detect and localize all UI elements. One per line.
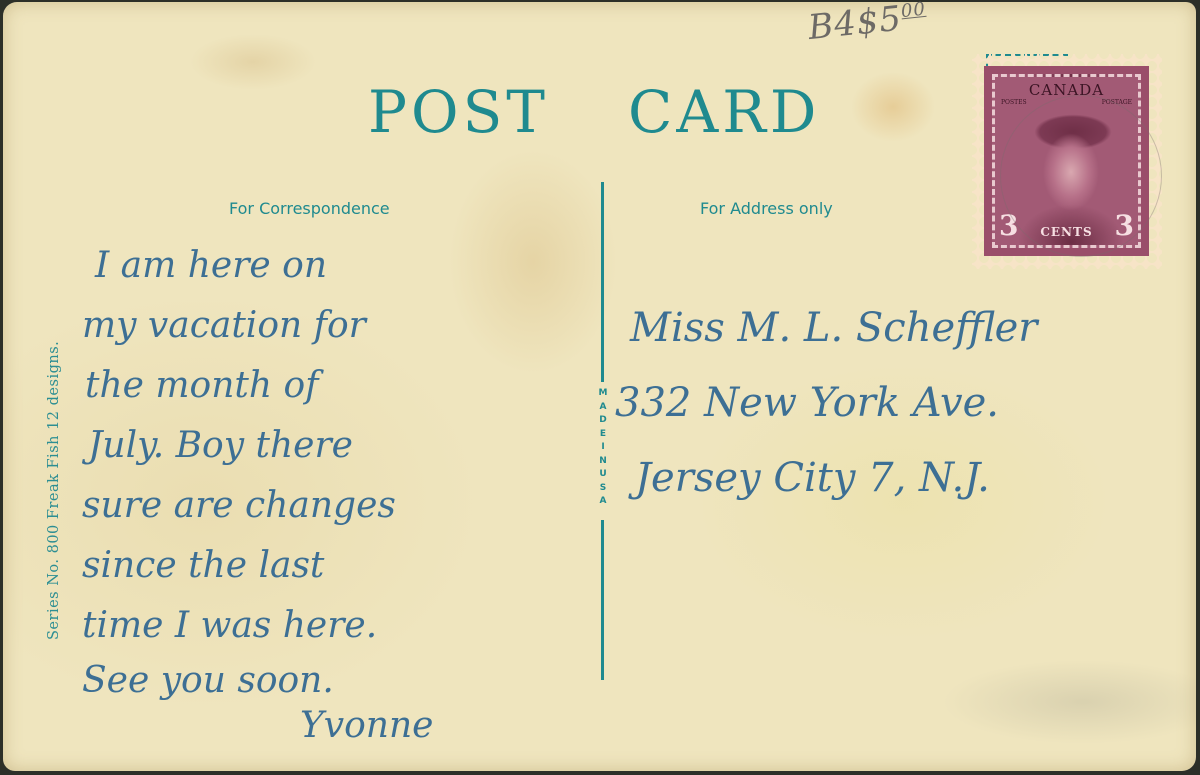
correspondence-label: For Correspondence bbox=[229, 199, 390, 218]
address-label: For Address only bbox=[700, 199, 833, 218]
divider-bottom bbox=[601, 520, 604, 680]
made-letter: S bbox=[595, 482, 611, 496]
made-letter: A bbox=[595, 401, 611, 415]
message-line: sure are changes bbox=[82, 485, 396, 526]
message-line: the month of bbox=[85, 365, 319, 406]
made-letter: I bbox=[595, 441, 611, 455]
signature: Yvonne bbox=[300, 705, 433, 746]
message-line: time I was here. bbox=[82, 605, 377, 646]
made-letter: E bbox=[595, 428, 611, 442]
divider-top bbox=[601, 182, 604, 382]
address-line-city: Jersey City 7, N.J. bbox=[635, 455, 990, 501]
address-line-name: Miss M. L. Scheffler bbox=[630, 305, 1037, 351]
price-code: B4 bbox=[806, 3, 859, 48]
made-in-usa-text: M A D E I N U S A bbox=[595, 387, 611, 509]
stamp-postes: POSTES bbox=[1001, 99, 1027, 106]
postmark-cancel-icon bbox=[1000, 95, 1162, 257]
message-line: See you soon. bbox=[82, 660, 334, 701]
message-line: I am here on bbox=[95, 245, 327, 286]
made-letter: N bbox=[595, 455, 611, 469]
made-letter: D bbox=[595, 414, 611, 428]
message-line: since the last bbox=[82, 545, 324, 586]
made-letter: U bbox=[595, 468, 611, 482]
title-post: POST bbox=[368, 78, 549, 146]
message-line: July. Boy there bbox=[88, 425, 353, 466]
address-line-street: 332 New York Ave. bbox=[615, 380, 999, 426]
message-line: my vacation for bbox=[82, 305, 366, 346]
series-text: Series No. 800 Freak Fish 12 designs. bbox=[46, 341, 62, 640]
title-card: CARD bbox=[628, 78, 820, 146]
made-letter: M bbox=[595, 387, 611, 401]
price-value: $5 bbox=[855, 0, 904, 43]
price-cents: 00 bbox=[900, 0, 927, 22]
made-letter: A bbox=[595, 495, 611, 509]
